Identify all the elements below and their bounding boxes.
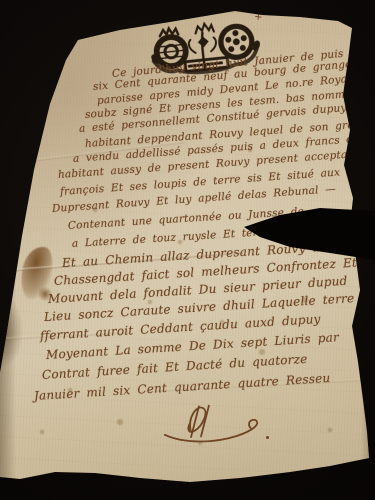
ink-dot — [266, 436, 269, 439]
photo-background: 1644 + — [0, 0, 375, 500]
archival-number: 1644 — [54, 25, 84, 37]
notary-signature-icon — [151, 393, 304, 449]
